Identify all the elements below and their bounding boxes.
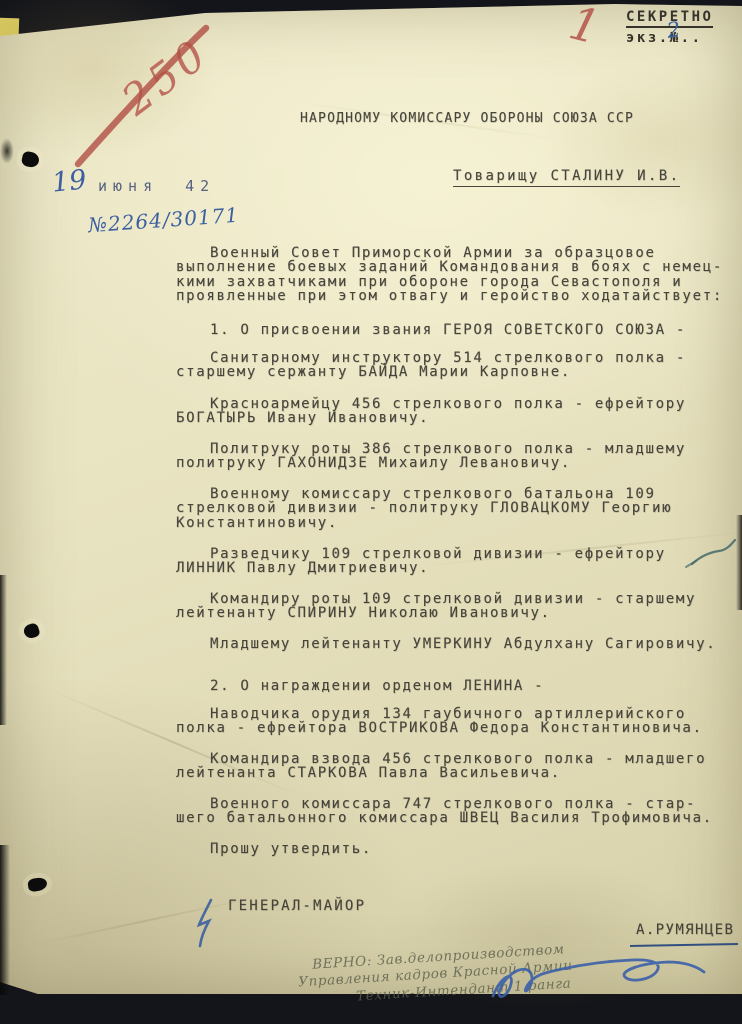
entry-starkov: Командира взвода 456 стрелкового полка -…	[176, 752, 706, 781]
text-line: Разведчику 109 стрелковой дивизии - ефре…	[176, 547, 666, 561]
text-line: Командира взвода 456 стрелкового полка -…	[176, 752, 706, 766]
recipient-org: НАРОДНОМУ КОМИССАРУ ОБОРОНЫ СОЮЗА ССР	[300, 112, 634, 126]
section2-title: 2. О награждении орденом ЛЕНИНА -	[210, 679, 544, 693]
text-line: политруку ГАХОНИДЗЕ Михаилу Левановичу.	[176, 456, 686, 470]
text-line: Младшему лейтенанту УМЕРКИНУ Абдулхану С…	[176, 637, 716, 651]
text-line: лейтенанта СТАРКОВА Павла Васильевича.	[176, 766, 706, 780]
signer-rank: ГЕНЕРАЛ-МАЙОР	[228, 899, 366, 913]
handwritten-day: 19	[50, 164, 87, 198]
text-line: БОГАТЫРЬ Ивану Ивановичу.	[176, 411, 686, 425]
text-line: полка - ефрейтора ВОСТРИКОВА Федора Конс…	[176, 721, 703, 735]
text-line: ЛИННИК Павлу Дмитриевичу.	[176, 561, 666, 575]
text-line: Командиру роты 109 стрелковой дивизии - …	[176, 592, 696, 606]
text-line: Военного комиссара 747 стрелкового полка…	[176, 797, 713, 811]
text-line: выполнение боевых заданий Командования в…	[176, 260, 723, 274]
entry-bogatyr: Красноармейцу 456 стрелкового полка - еф…	[176, 397, 686, 426]
entry-umerkin: Младшему лейтенанту УМЕРКИНУ Абдулхану С…	[176, 637, 716, 651]
entry-gakhonidze: Политруку роты 386 стрелкового полка - м…	[176, 442, 686, 471]
text-line: Военному комиссару стрелкового батальона…	[176, 487, 672, 501]
text-line: лейтенанту СПИРИНУ Николаю Ивановичу.	[176, 606, 696, 620]
text-line: проявленные при этом отвагу и геройство …	[176, 289, 723, 303]
document-scan: СЕКРЕТНО экз.№.. 2 1 250 НАРОДНОМУ КОМИС…	[0, 0, 742, 1024]
entry-shvets: Военного комиссара 747 стрелкового полка…	[176, 797, 713, 826]
entry-glovatsky: Военному комиссару стрелкового батальона…	[176, 487, 672, 530]
text-line: Военный Совет Приморской Армии за образц…	[176, 246, 723, 260]
text-line: старшему сержанту БАЙДА Марии Карповне.	[176, 365, 686, 379]
text-line: Политруку роты 386 стрелкового полка - м…	[176, 442, 686, 456]
text-line: Наводчика орудия 134 гаубичного артиллер…	[176, 707, 703, 721]
section1-title: 1. О присвоении звания ГЕРОЯ СОВЕТСКОГО …	[210, 323, 686, 337]
text-line: Константиновичу.	[176, 516, 672, 530]
text-line: кими захватчиками при обороне города Сев…	[176, 275, 723, 289]
text-line: шего батальонного комиссара ШВЕЦ Василия…	[176, 811, 713, 825]
entry-baida: Санитарному инструктору 514 стрелкового …	[176, 351, 686, 380]
text-line: Красноармейцу 456 стрелкового полка - еф…	[176, 397, 686, 411]
entry-spirin: Командиру роты 109 стрелковой дивизии - …	[176, 592, 696, 621]
text-line: стрелковой дивизии - политруку ГЛОВАЦКОМ…	[176, 501, 672, 515]
date-stamp: июня 42	[98, 177, 215, 195]
intro-paragraph: Военный Совет Приморской Армии за образц…	[176, 246, 723, 303]
recipient-person: Товарищу СТАЛИНУ И.В.	[453, 169, 680, 187]
closing-line: Прошу утвердить.	[210, 842, 372, 856]
entry-linnik: Разведчику 109 стрелковой дивизии - ефре…	[176, 547, 666, 576]
entry-vostrikov: Наводчика орудия 134 гаубичного артиллер…	[176, 707, 703, 736]
signer-name: А.РУМЯНЦЕВ	[636, 923, 734, 937]
